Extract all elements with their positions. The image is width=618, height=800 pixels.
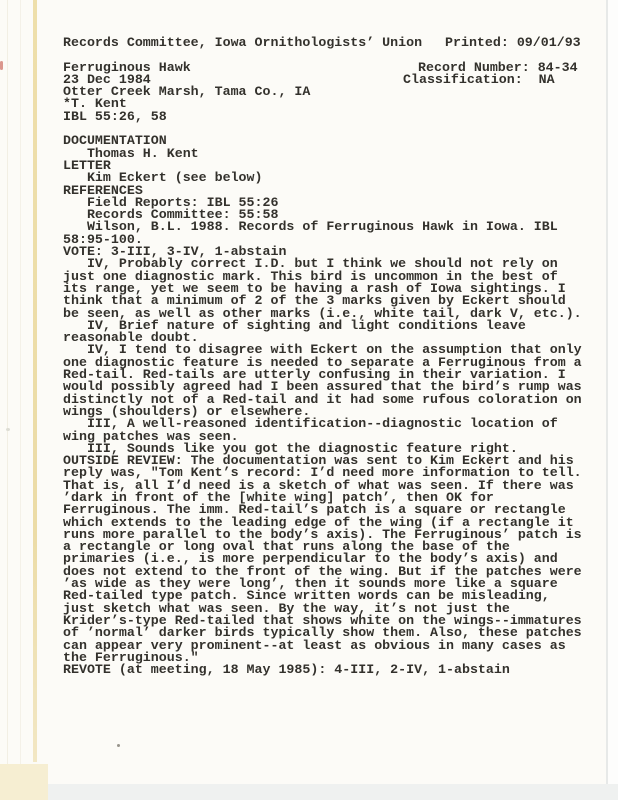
left-crease-line-2 [20,0,21,790]
printed-date-stamp: Printed: 09/01/93 [445,37,581,49]
smudge-artifact [6,428,10,431]
scan-bottom-band [0,784,618,800]
page-edge-fold-line [33,0,37,762]
stray-dot-artifact [117,744,120,747]
typewritten-text-block: Records Committee, Iowa Ornithologists’ … [63,37,603,676]
red-mark-artifact [0,61,3,70]
scan-right-margin [608,0,618,800]
document-body-text: Records Committee, Iowa Ornithologists’ … [63,37,603,676]
classification-value: Classification: NA [403,74,555,86]
left-crease-line [7,0,8,790]
scan-bottom-left-tint [0,764,48,800]
scanned-document: Records Committee, Iowa Ornithologists’ … [0,0,618,800]
